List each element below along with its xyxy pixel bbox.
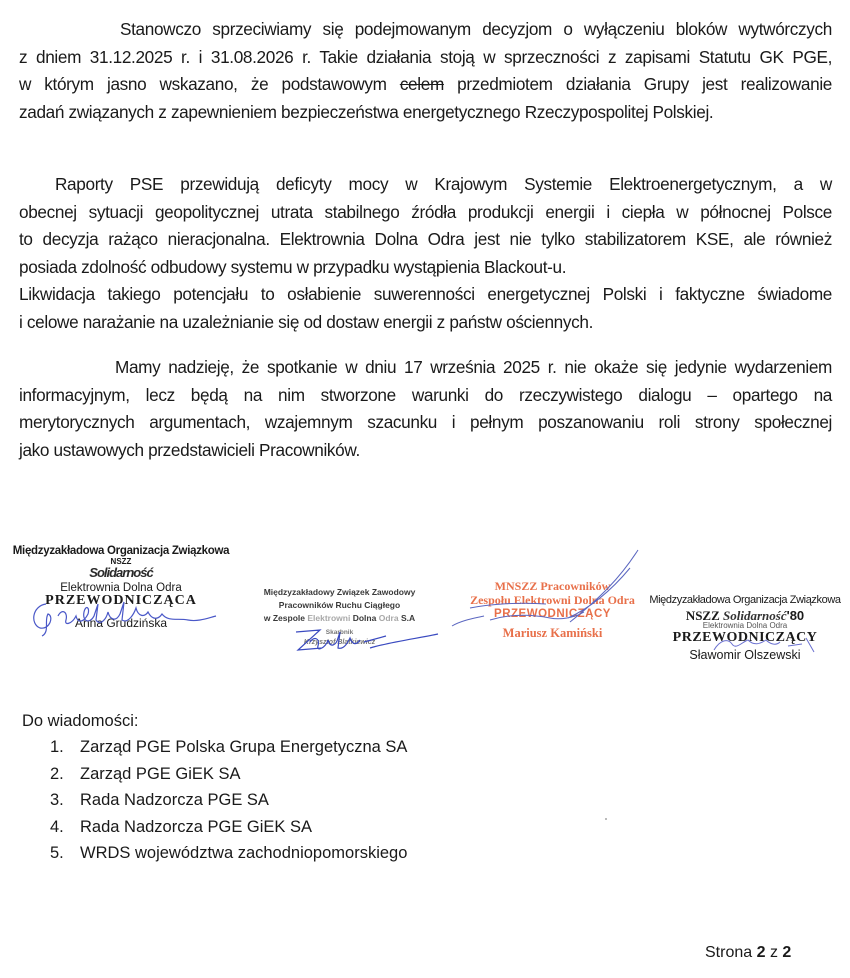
list-item: 4.Rada Nadzorcza PGE GiEK SA [22, 814, 407, 840]
stamp-role: Skarbnik [232, 630, 447, 637]
stamp-org: Zespołu Elektrowni Dolna Odra [455, 594, 650, 608]
list-number: 1. [50, 734, 64, 760]
paragraph-line: zadań związanych z zapewnieniem bezpiecz… [19, 99, 832, 127]
stamp-org: MNSZZ Pracowników [455, 580, 650, 594]
list-item: 2.Zarząd PGE GiEK SA [22, 761, 407, 787]
list-text: WRDS województwa zachodniopomorskiego [80, 844, 407, 862]
paragraph-opposition: Stanowczo sprzeciwiamy się podejmowanym … [19, 16, 832, 126]
paragraph-line: informacyjnym, lecz będą na nim stworzon… [19, 382, 832, 410]
stamp-text: Dolna [353, 613, 377, 623]
paragraph-line: Mamy nadzieję, że spotkanie w dniu 17 wr… [19, 354, 832, 382]
stamp-org: w Zespole Elektrowni Dolna Odra S.A [232, 612, 447, 625]
stamp-org: Pracowników Ruchu Ciągłego [232, 599, 447, 612]
page-number: Strona 2 z 2 [705, 944, 791, 962]
list-number: 4. [50, 814, 64, 840]
scan-speck [605, 818, 607, 820]
paragraph-line: Stanowczo sprzeciwiamy się podejmowanym … [19, 16, 832, 44]
page-label: Strona [705, 944, 752, 961]
signature-stamp-grudzinska: Międzyzakładowa Organizacja Związkowa NS… [6, 545, 236, 629]
stamp-name: Sławomir Olszewski [640, 649, 850, 662]
signature-stamp-olszewski: Międzyzakładowa Organizacja Związkowa NS… [640, 595, 850, 662]
cc-section: Do wiadomości: 1.Zarząd PGE Polska Grupa… [22, 708, 407, 866]
stamp-text: w Zespole [264, 613, 305, 623]
list-item: 5.WRDS województwa zachodniopomorskiego [22, 840, 407, 866]
page-of: z [770, 944, 778, 961]
paragraph-line: jako ustawowych przedstawicieli Pracowni… [19, 437, 832, 465]
paragraph-line: posiada zdolność odbudowy systemu w przy… [19, 254, 832, 282]
list-number: 2. [50, 761, 64, 787]
stamp-text: Elektrowni [307, 613, 350, 623]
paragraph-meeting-hope: Mamy nadzieję, że spotkanie w dniu 17 wr… [19, 354, 832, 464]
signature-stamp-kaminski: MNSZZ Pracowników Zespołu Elektrowni Dol… [455, 580, 650, 640]
paragraph-line: Raporty PSE przewidują deficyty mocy w K… [19, 171, 832, 199]
stamp-org: Międzyzakładowa Organizacja Związkowa [6, 545, 236, 557]
stamp-text: Odra [379, 613, 399, 623]
stamp-name: Anna Grudzińska [6, 617, 236, 630]
paragraph-pse-reports: Raporty PSE przewidują deficyty mocy w K… [19, 171, 832, 337]
stamp-name: Krzysztof Blatkiewicz [232, 639, 447, 646]
struck-word: celem [400, 74, 444, 94]
paragraph-line: merytorycznych argumentach, wzajemnym sz… [19, 409, 832, 437]
list-number: 3. [50, 787, 64, 813]
stamp-role: PRZEWODNICZĄCA [6, 594, 236, 609]
list-number: 5. [50, 840, 64, 866]
list-text: Rada Nadzorcza PGE SA [80, 791, 269, 809]
stamp-union: NSZZ Solidarność'80 [640, 609, 850, 623]
line-text: w którym jasno wskazano, że podstawowym [19, 74, 387, 94]
line-text: przedmiotem działania Grupy jest realizo… [457, 74, 832, 94]
list-item: 1.Zarząd PGE Polska Grupa Energetyczna S… [22, 734, 407, 760]
stamp-role: PRZEWODNICZĄCY [640, 631, 850, 646]
cc-list: 1.Zarząd PGE Polska Grupa Energetyczna S… [22, 734, 407, 866]
paragraph-line: w którym jasno wskazano, że podstawowym … [19, 71, 832, 99]
page-current: 2 [757, 944, 766, 961]
stamp-text: '80 [787, 608, 805, 623]
paragraph-line: obecnej sytuacji geopolitycznej utrata s… [19, 199, 832, 227]
paragraph-line: to decyzja rażąco nieracjonalna. Elektro… [19, 226, 832, 254]
stamp-org: Międzyzakładowy Związek Zawodowy [232, 586, 447, 599]
stamp-text: S.A [401, 613, 415, 623]
stamp-name: Mariusz Kamiński [455, 627, 650, 640]
cc-title: Do wiadomości: [22, 708, 407, 734]
paragraph-line: z dniem 31.12.2025 r. i 31.08.2026 r. Ta… [19, 44, 832, 72]
stamp-org: Międzyzakładowa Organizacja Związkowa [640, 595, 850, 607]
paragraph-line: Likwidacja takiego potencjału to osłabie… [19, 281, 832, 309]
paragraph-line: i celowe narażanie na uzależnianie się o… [19, 309, 832, 337]
list-text: Zarząd PGE Polska Grupa Energetyczna SA [80, 738, 407, 756]
list-text: Zarząd PGE GiEK SA [80, 765, 240, 783]
signature-stamp-blatkiewicz: Międzyzakładowy Związek Zawodowy Pracown… [232, 586, 447, 646]
solidarnosc-logo: Solidarność [6, 566, 236, 580]
stamp-role: PRZEWODNICZĄCY [455, 608, 650, 620]
list-item: 3.Rada Nadzorcza PGE SA [22, 787, 407, 813]
page-total: 2 [782, 944, 791, 961]
list-text: Rada Nadzorcza PGE GiEK SA [80, 818, 312, 836]
